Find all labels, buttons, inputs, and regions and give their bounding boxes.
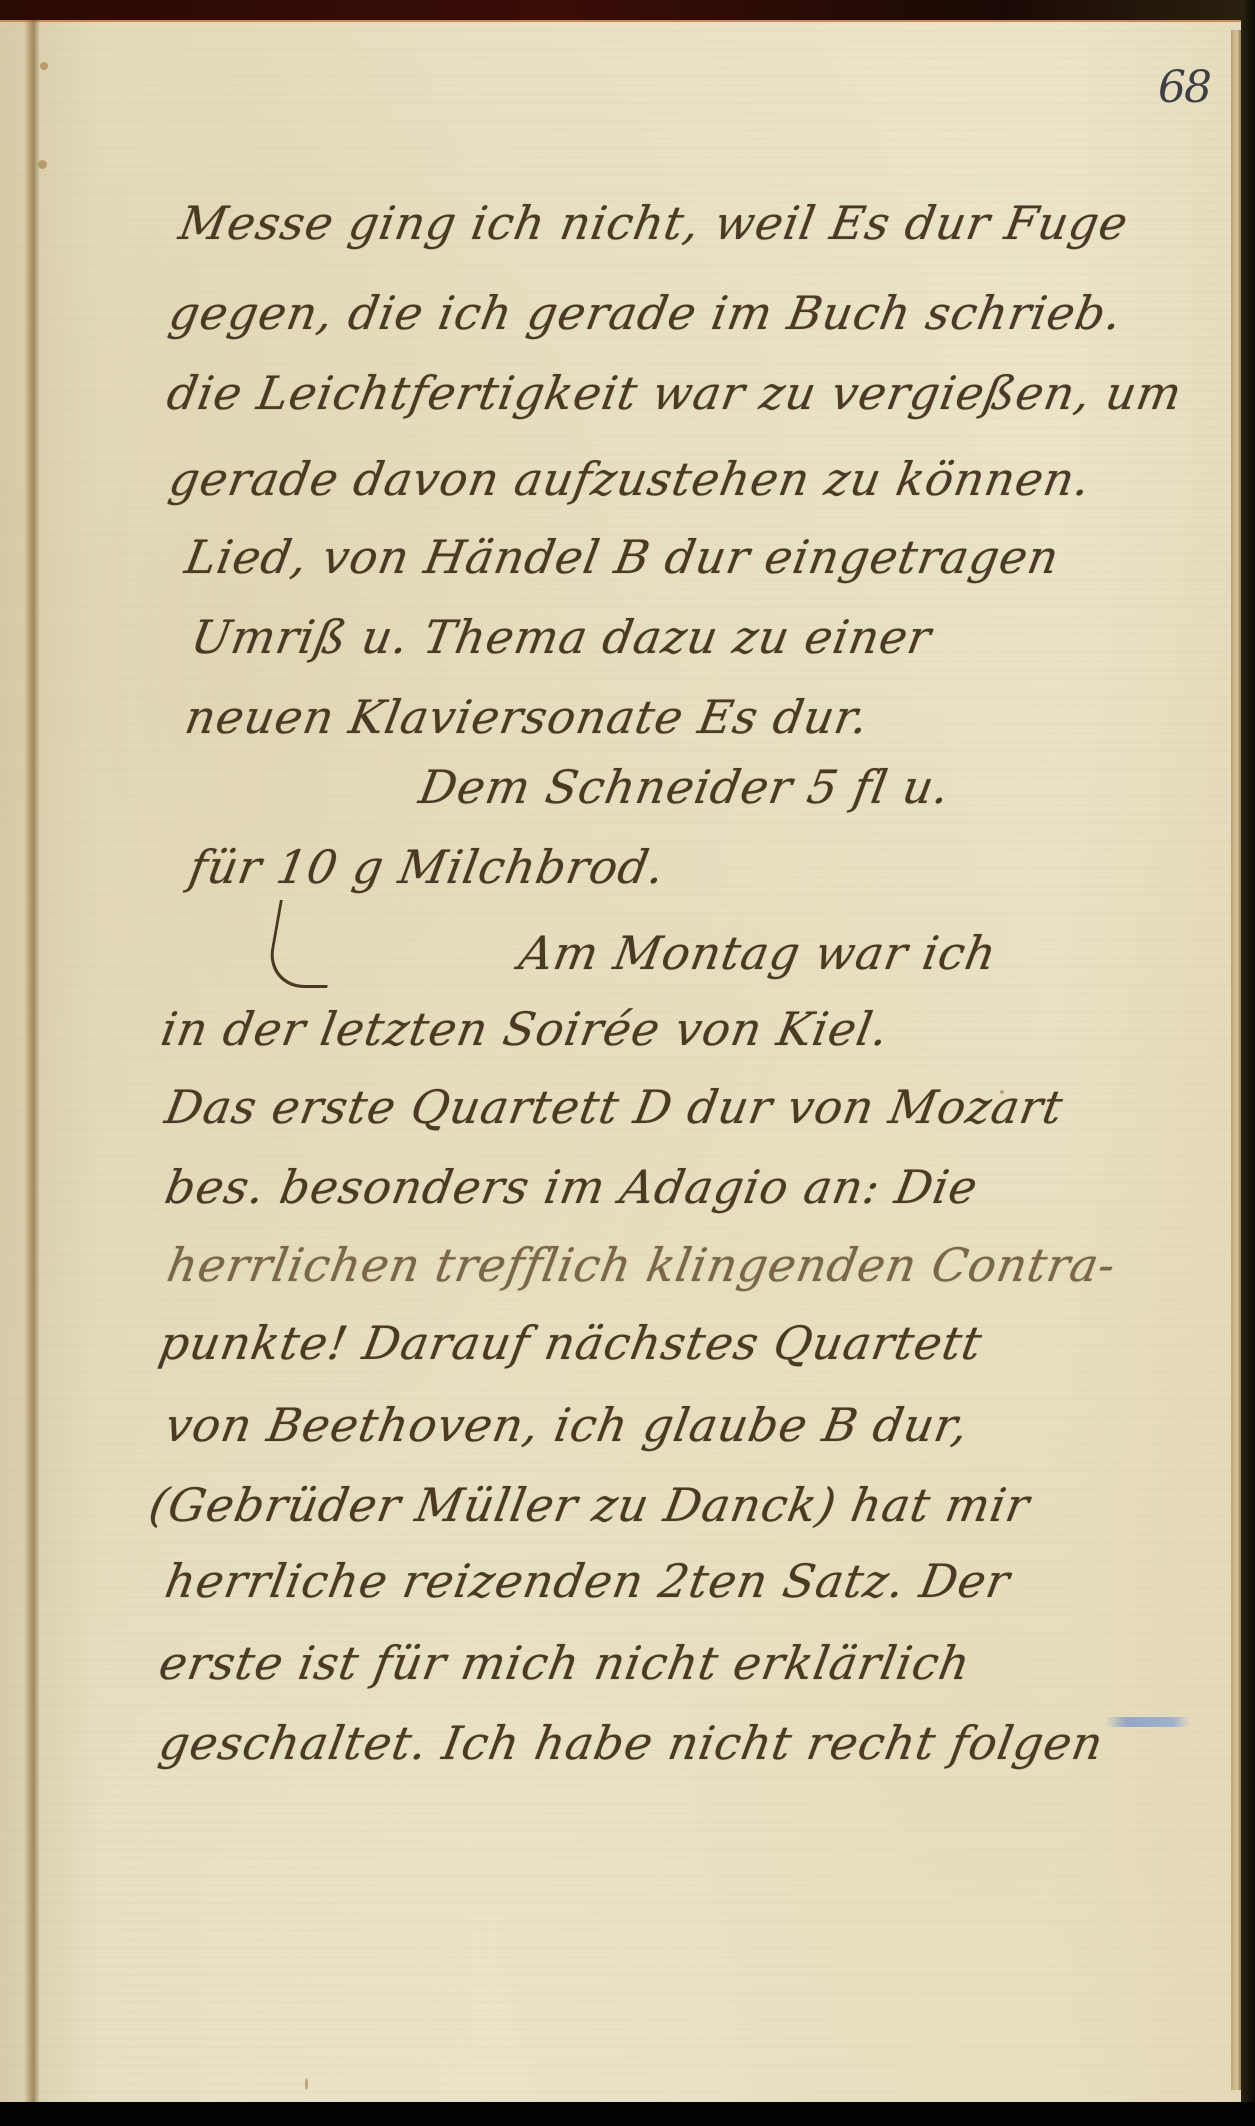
foxing-spot xyxy=(305,2078,308,2090)
text-line-5: Lied, von Händel B dur eingetragen xyxy=(181,530,1063,584)
text-line-19: erste ist für mich nicht erklärlich xyxy=(155,1636,975,1690)
page-stack-edge xyxy=(1231,30,1241,2090)
text-line-14: herrlichen trefflich klingenden Contra- xyxy=(163,1238,1120,1292)
book-cover-right-edge xyxy=(1241,0,1255,2126)
blue-pencil-mark xyxy=(1105,1717,1190,1727)
text-line-20: geschaltet. Ich habe nicht recht folgen xyxy=(155,1716,1108,1770)
text-line-16: von Beethoven, ich glaube B dur, xyxy=(161,1398,973,1452)
text-line-6: Umriß u. Thema dazu zu einer xyxy=(187,610,936,664)
text-line-17: (Gebrüder Müller zu Danck) hat mir xyxy=(145,1478,1034,1532)
foxing-spot xyxy=(40,62,48,70)
text-line-18: herrliche reizenden 2ten Satz. Der xyxy=(161,1554,1014,1608)
text-line-3: die Leichtfertigkeit war zu vergießen, u… xyxy=(163,366,1186,420)
text-line-9: für 10 g Milchbrod. xyxy=(185,840,669,894)
text-line-10: Am Montag war ich xyxy=(515,926,1001,980)
scan-background-bottom xyxy=(0,2102,1255,2126)
text-line-4: gerade davon aufzustehen zu können. xyxy=(165,452,1095,506)
text-line-15: punkte! Darauf nächstes Quartett xyxy=(155,1316,986,1370)
text-line-1: Messe ging ich nicht, weil Es dur Fuge xyxy=(175,196,1132,250)
text-line-2: gegen, die ich gerade im Buch schrieb. xyxy=(165,286,1126,340)
binding-gutter xyxy=(24,20,40,2102)
text-line-12: Das erste Quartett D dur von Mozart xyxy=(161,1080,1067,1134)
book-cover-top-edge xyxy=(0,0,1255,22)
text-line-11: in der letzten Soirée von Kiel. xyxy=(157,1002,893,1056)
foxing-spot xyxy=(38,160,47,169)
text-line-7: neuen Klaviersonate Es dur. xyxy=(181,690,873,744)
text-line-8: Dem Schneider 5 fl u. xyxy=(415,760,954,814)
page-number: 68 xyxy=(1158,62,1210,113)
text-line-13: bes. besonders im Adagio an: Die xyxy=(161,1160,982,1214)
